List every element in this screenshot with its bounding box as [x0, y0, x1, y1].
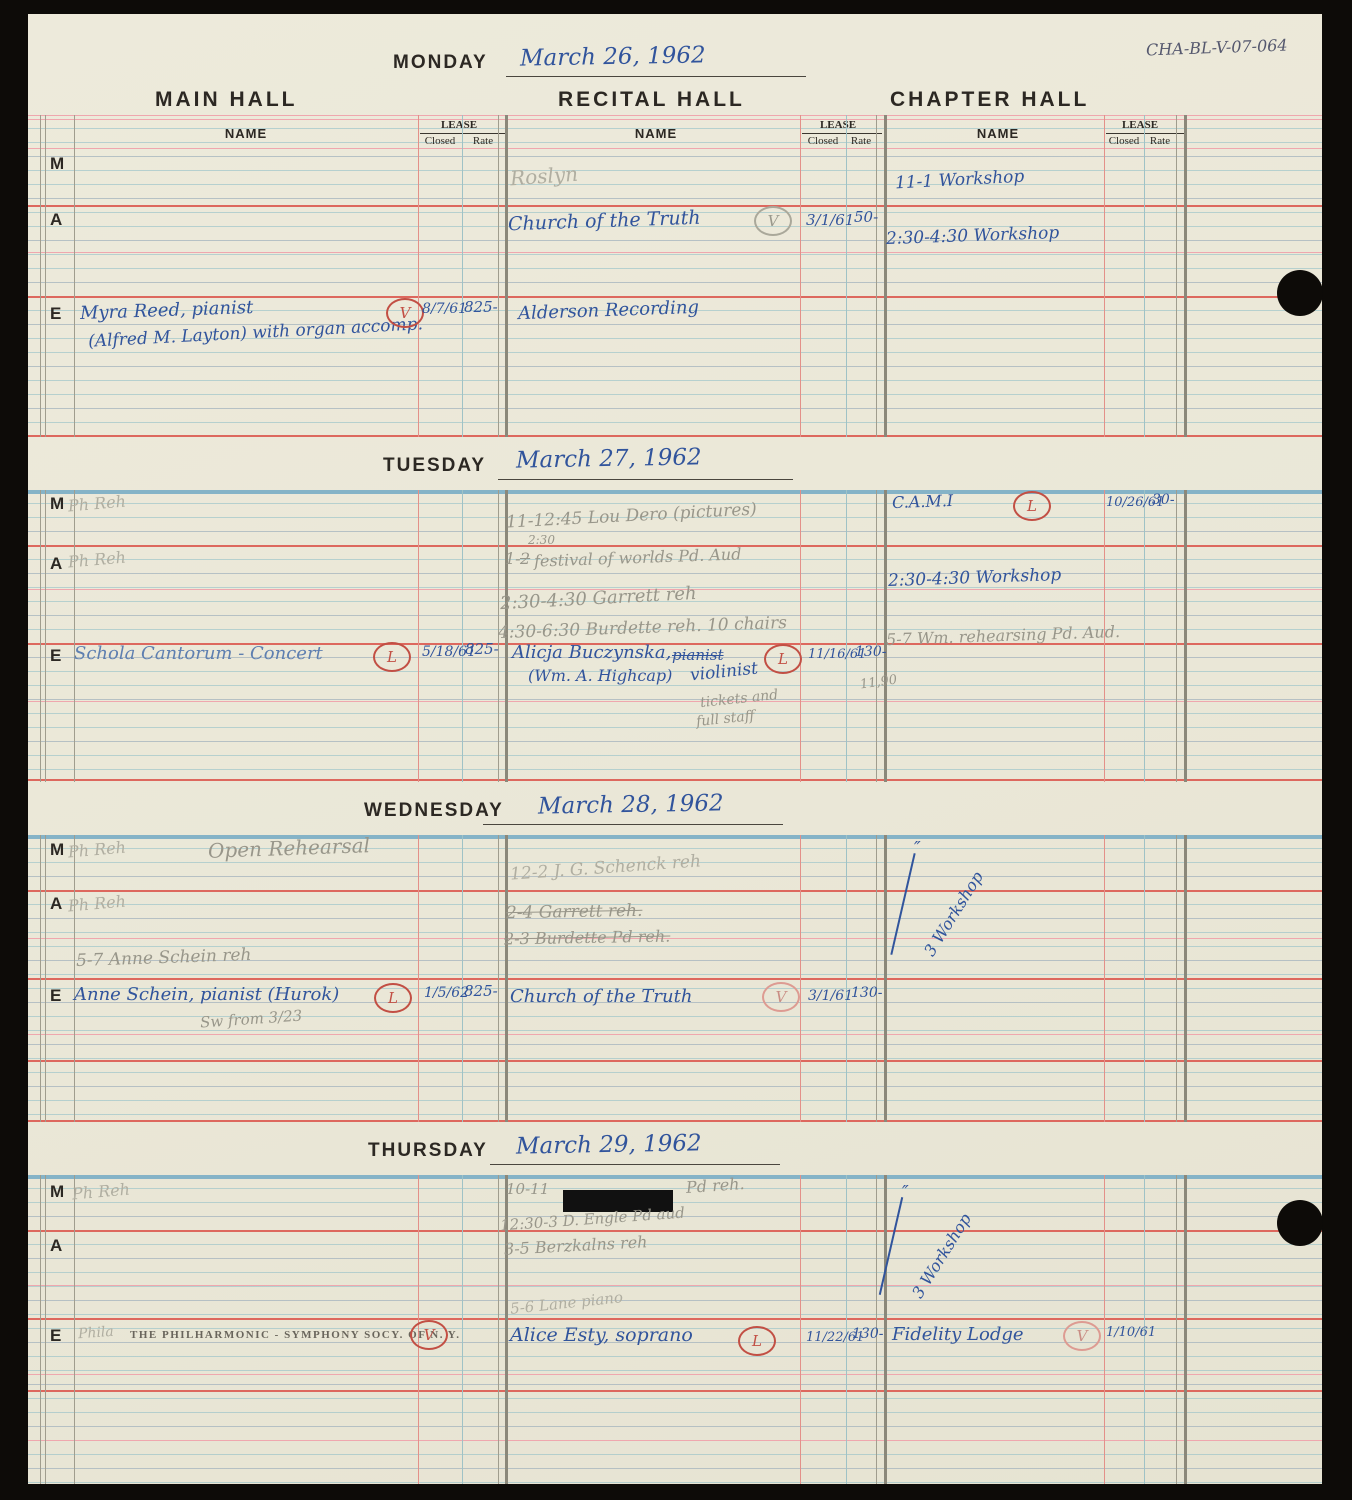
wed-recital-e-check-mark: V [762, 982, 800, 1012]
thu-chapter-e-entry: Fidelity Lodge [892, 1326, 1024, 1344]
thu-chapter-entry-rotated: 3 Workshop [910, 1211, 974, 1301]
thu-recital-e-entry: Alice Esty, soprano [510, 1326, 693, 1345]
tue-recital-a-entry1b: 2 [520, 551, 530, 567]
wed-main-m-entry: Ph Reh [67, 840, 126, 861]
tue-chapter-m-rate: 30- [1152, 493, 1175, 507]
wed-main-e-note: Sw from 3/23 [200, 1008, 303, 1030]
wed-recital-m-entry: 12-2 J. G. Schenck reh [510, 853, 702, 883]
tue-chapter-m-entry: C.A.M.I [892, 493, 954, 511]
scanned-ledger-page: { "page_code": "CHA-BL-V-07-064", "halls… [0, 0, 1352, 1500]
wed-main-a-entry: Ph Reh [67, 894, 126, 915]
annotations-layer: RoslynChurch of the TruthV3/1/6150-11-1 … [28, 14, 1322, 1484]
wed-main-e-rate: 825- [464, 984, 498, 999]
tue-recital-a-time-correction: 2:30 [528, 534, 555, 546]
thu-recital-m-entry1b: Pd reh. [686, 1176, 746, 1196]
mon-recital-a-check-mark: V [754, 206, 792, 236]
tue-chapter-e-entry: 5-7 Wm. rehearsing Pd. Aud. [886, 624, 1120, 648]
wed-recital-e-entry: Church of the Truth [510, 988, 692, 1006]
tue-recital-e-check-mark: L [764, 644, 802, 674]
ledger-page: CHA-BL-V-07-064 MONDAY March 26, 1962 MA… [28, 14, 1322, 1484]
thu-recital-e-rate: 130- [852, 1327, 883, 1341]
thu-recital-a-entry: 3-5 Berzkalns reh [504, 1234, 648, 1257]
thu-main-e-pencil: Phila [78, 1325, 115, 1341]
tue-recital-a-entry3: 4:30-6:30 Burdette reh. 10 chairs [498, 615, 787, 642]
wed-recital-a-struck1: 2-4 Garrett reh. [506, 903, 643, 922]
mon-recital-a-entry: Church of the Truth [508, 209, 701, 235]
tue-main-e-check-mark: L [373, 642, 411, 672]
wed-main-e-closed: 1/5/62 [424, 986, 469, 1000]
tue-recital-e-correction: violinist [689, 660, 758, 684]
tue-recital-e-note-line2: full staff [695, 709, 755, 729]
thu-chapter-e-check-mark: V [1063, 1321, 1101, 1351]
wed-chapter-stroke [890, 853, 915, 955]
tue-recital-e-struck-word: pianist [672, 648, 724, 663]
thu-main-m-entry: Ph Reh [71, 1182, 130, 1203]
thu-chapter-stroke [879, 1197, 903, 1295]
mon-recital-e-entry: Alderson Recording [518, 299, 700, 323]
tue-recital-a-entry1a: 1- [505, 551, 521, 567]
tue-chapter-m-check-mark: L [1013, 491, 1051, 521]
wed-main-a-entry2: 5-7 Anne Schein reh [76, 947, 252, 970]
mon-main-e-check-mark: V [386, 298, 424, 328]
wed-recital-e-rate: 130- [851, 986, 882, 1000]
mon-main-e-closed: 8/7/61 [422, 302, 467, 316]
thu-recital-m-entry2: 12:30-3 D. Engle Pd aud [500, 1206, 686, 1234]
mon-main-e-entry-line1: Myra Reed, pianist [80, 299, 254, 323]
tue-main-a-entry: Ph Reh [67, 550, 126, 571]
thu-main-e-check-mark: V [410, 1320, 448, 1350]
tue-recital-e-amount-note: 11,90 [859, 673, 898, 691]
tue-main-e-entry: Schola Cantorum - Concert [74, 645, 323, 663]
hole-punch-stub [1313, 288, 1322, 297]
tue-main-m-entry: Ph Reh [67, 494, 126, 515]
tue-chapter-a-entry: 2:30-4:30 Workshop [888, 567, 1062, 590]
thu-chapter-e-closed: 1/10/61 [1106, 1326, 1156, 1339]
mon-recital-a-closed: 3/1/61 [806, 213, 854, 228]
wed-main-m-entry2: Open Rehearsal [208, 835, 371, 861]
tue-recital-e-entry-line1: Alicja Buczynska, [512, 644, 671, 662]
thu-recital-note: 5-6 Lane piano [510, 1290, 624, 1317]
mon-chapter-m-entry: 11-1 Workshop [895, 169, 1025, 193]
hole-punch-stub [1313, 1218, 1322, 1227]
mon-chapter-a-entry: 2:30-4:30 Workshop [886, 225, 1060, 248]
tue-recital-a-entry1c: festival of worlds Pd. Aud [534, 546, 742, 569]
mon-recital-m-entry: Roslyn [509, 164, 578, 189]
thu-recital-m-entry1a: 10-11 [506, 1182, 549, 1197]
wed-main-e-entry: Anne Schein, pianist (Hurok) [74, 986, 339, 1004]
mon-recital-a-rate: 50- [854, 210, 878, 225]
thu-chapter-ditto-mark: ″ [902, 1184, 909, 1202]
mon-main-e-rate: 825- [464, 300, 498, 315]
tue-main-e-rate: 825- [465, 642, 499, 657]
wed-main-e-check-mark: L [374, 983, 412, 1013]
wed-recital-e-closed: 3/1/61 [808, 989, 853, 1003]
wed-recital-a-struck2: 2-3 Burdette Pd reh. [504, 929, 671, 948]
wed-chapter-entry-rotated: 3 Workshop [922, 869, 986, 959]
thu-recital-e-check-mark: L [738, 1326, 776, 1356]
tue-recital-e-rate: 130- [855, 645, 886, 659]
tue-recital-e-entry-line2: (Wm. A. Highcap) [528, 668, 672, 684]
tue-recital-e-note-line1: tickets and [699, 688, 778, 710]
tue-recital-m-entry: 11-12:45 Lou Dero (pictures) [506, 501, 757, 531]
tue-recital-a-entry2: 2:30-4:30 Garrett reh [500, 585, 697, 613]
